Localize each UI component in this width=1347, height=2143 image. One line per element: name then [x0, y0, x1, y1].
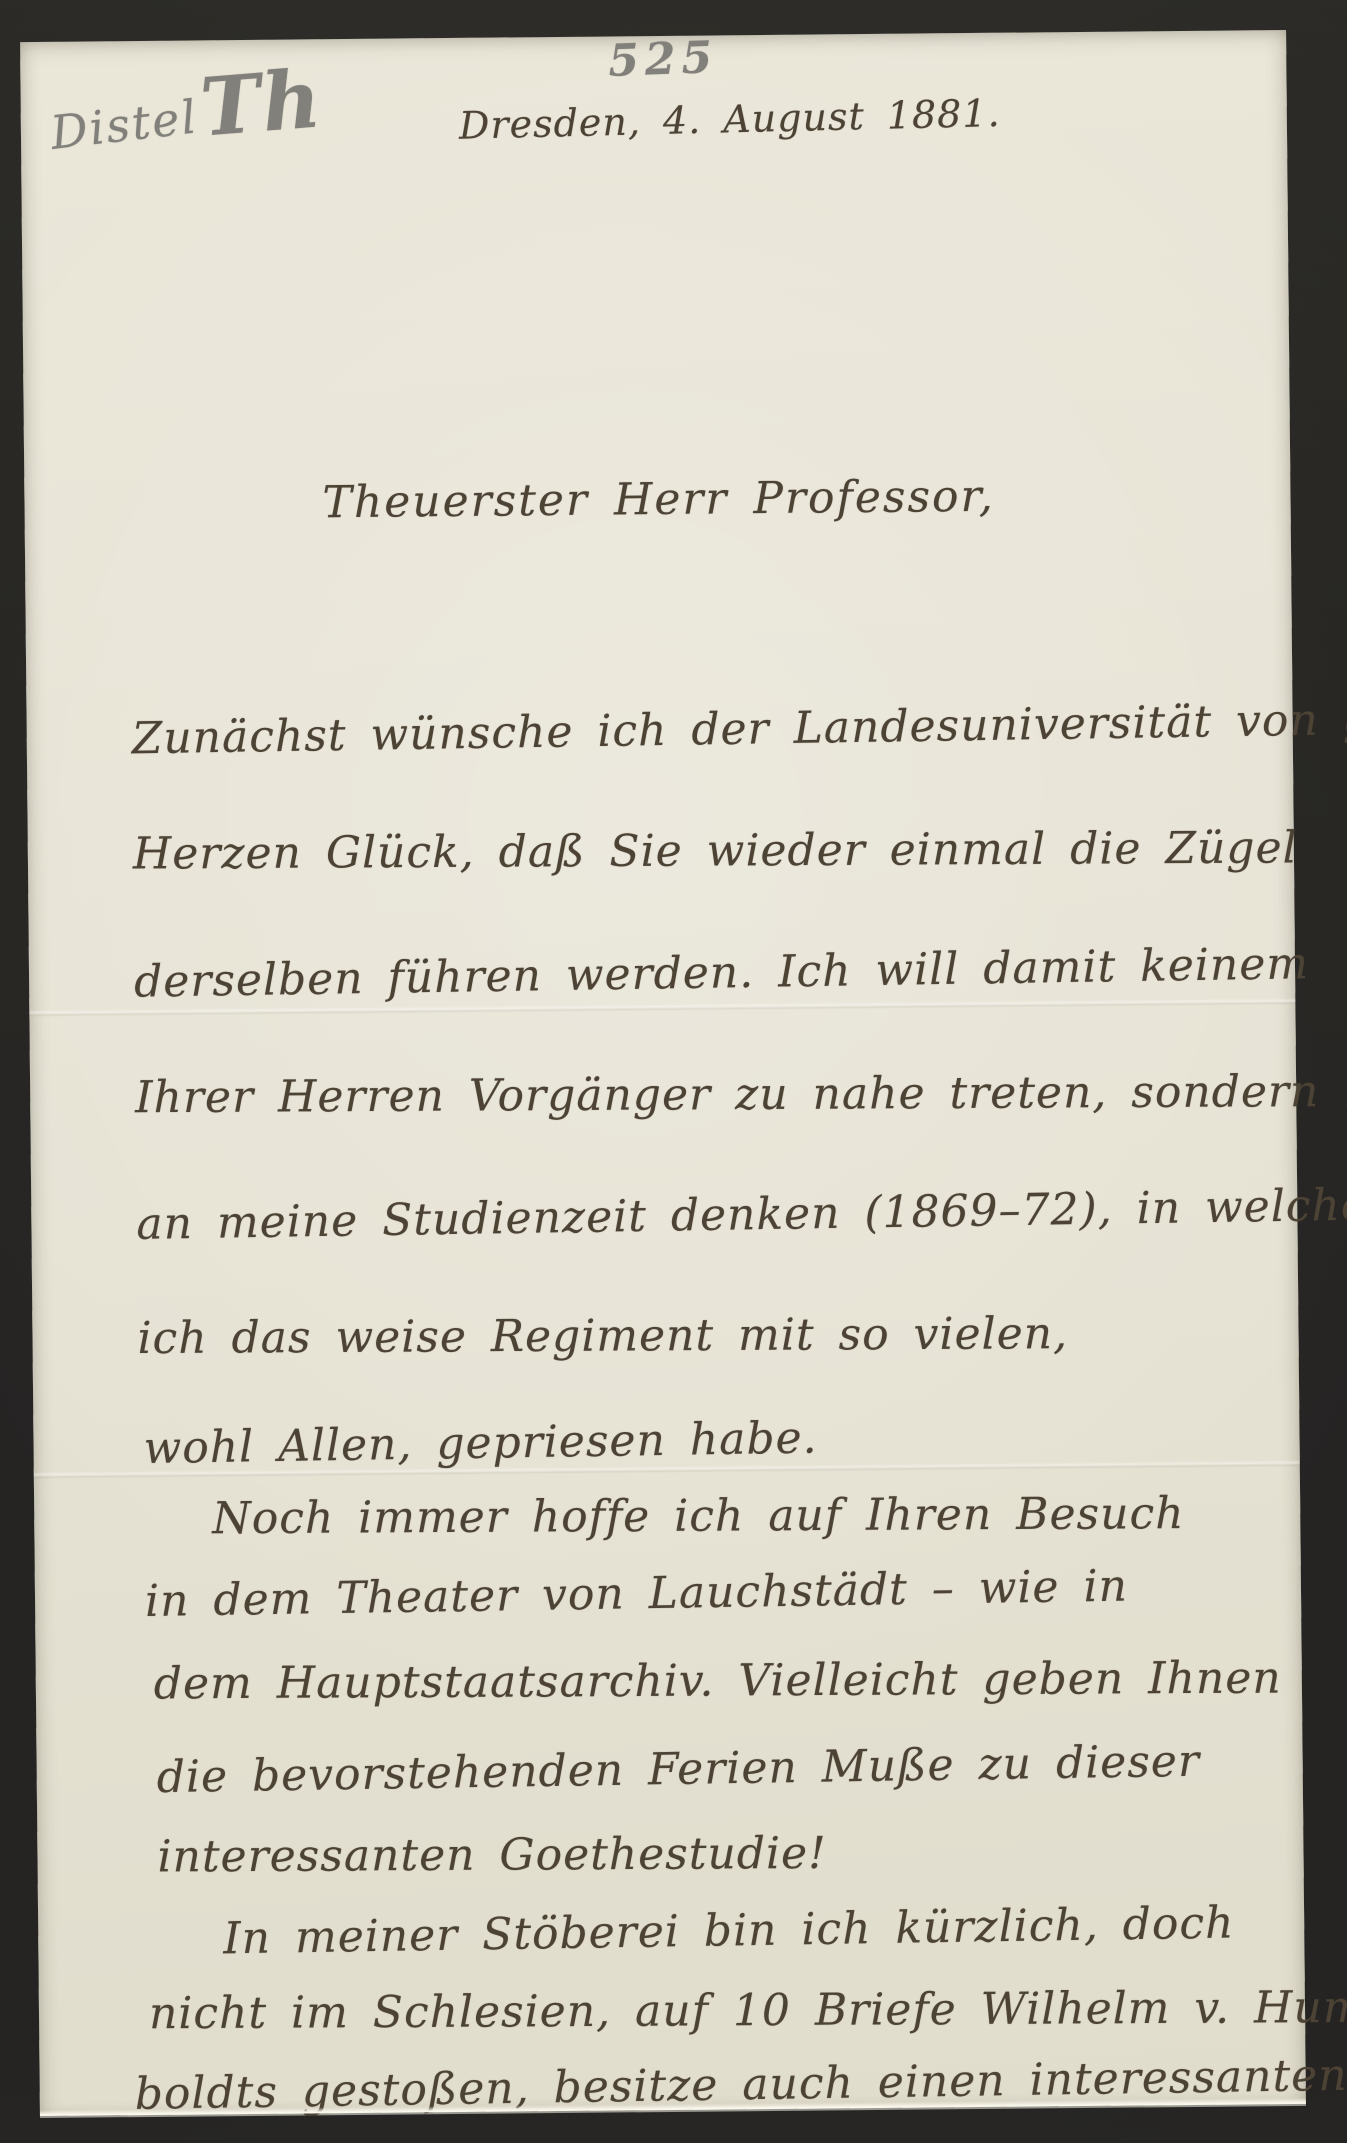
- handwritten-line: die bevorstehenden Ferien Muße zu dieser: [156, 1736, 1200, 1803]
- handwritten-line: Zunächst wünsche ich der Landesuniversit…: [131, 691, 1347, 764]
- handwritten-line: in dem Theater von Lauchstädt – wie in: [145, 1561, 1129, 1627]
- letter-dateline: Dresden, 4. August 1881.: [458, 91, 1001, 148]
- handwritten-line: Herzen Glück, daß Sie wieder einmal die …: [133, 822, 1298, 879]
- letter-salutation: Theuerster Herr Professor,: [322, 471, 995, 528]
- handwritten-line: dem Hauptstaatsarchiv. Vielleicht geben …: [154, 1653, 1282, 1710]
- page-number-annotation: 525: [607, 32, 719, 87]
- handwritten-line: derselben führen werden. Ich will damit …: [134, 938, 1310, 1007]
- handwritten-line: an meine Studienzeit denken (1869–72), i…: [136, 1179, 1347, 1250]
- archivist-annotation-name: Distel: [48, 89, 201, 159]
- handwritten-line: wohl Allen, gepriesen habe.: [143, 1412, 818, 1474]
- handwritten-line: nicht im Schlesien, auf 10 Briefe Wilhel…: [149, 1982, 1347, 2039]
- letter-paper: DistelTh 525 Dresden, 4. August 1881. Th…: [20, 30, 1306, 2116]
- handwritten-line: Noch immer hoffe ich auf Ihren Besuch: [212, 1488, 1184, 1544]
- handwritten-line: In meiner Stöberei bin ich kürzlich, doc…: [223, 1897, 1235, 1964]
- handwritten-line: Ihrer Herren Vorgänger zu nahe treten, s…: [135, 1066, 1347, 1124]
- archivist-annotation-initials: Th: [197, 51, 326, 154]
- handwritten-line: interessanten Goethestudie!: [157, 1828, 827, 1883]
- handwritten-line: ich das weise Regiment mit so vielen,: [137, 1308, 1068, 1364]
- archivist-annotation: DistelTh: [44, 43, 326, 168]
